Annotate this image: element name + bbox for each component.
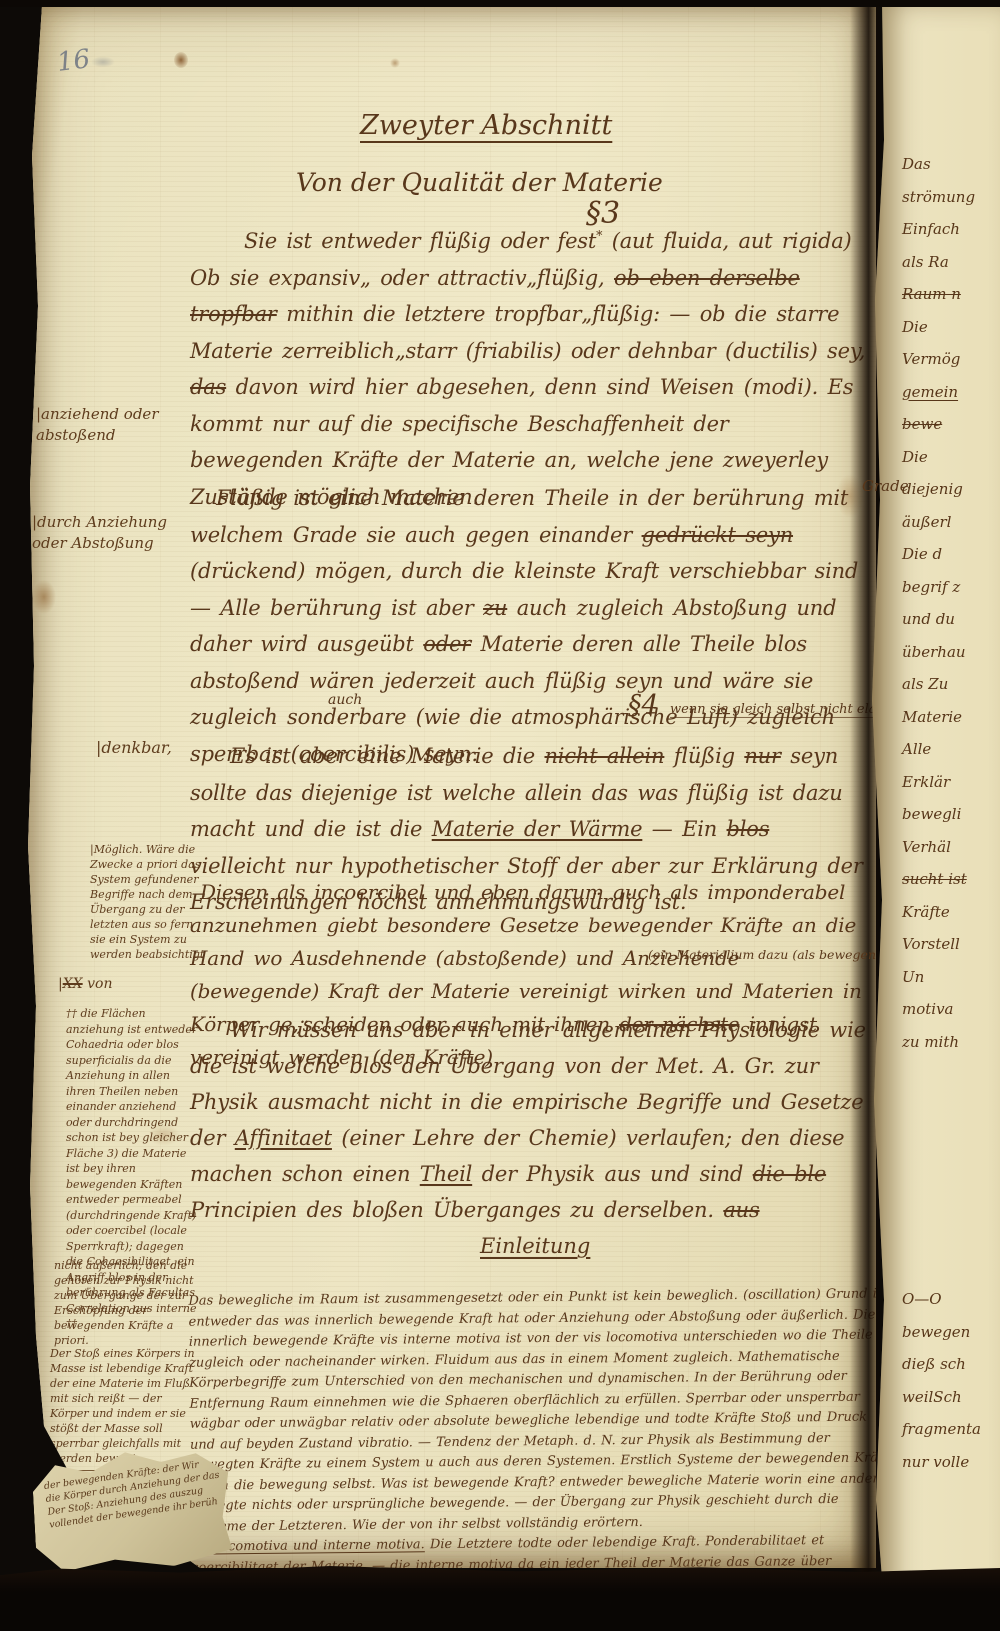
text-segment: Das bewegliche im Raum ist zusammengeset…: [188, 1286, 895, 1534]
line-fragment: diejenig: [902, 473, 975, 506]
line-fragment: und du: [902, 603, 975, 636]
text-segment: flüßig: [664, 744, 744, 768]
line-fragment: nur volle: [902, 1446, 981, 1479]
paragraph-6a: Das bewegliche im Raum ist zusammengeset…: [188, 1284, 897, 1537]
text-segment: die ble: [753, 1162, 826, 1186]
paragraph-5: Wir müssen uns aber in einer allgemeinen…: [190, 1012, 868, 1228]
facing-page-lines: DasströmungEinfachals RaRaum nDieVermögg…: [902, 148, 975, 1058]
line-fragment: als Zu: [902, 668, 975, 701]
line-fragment: Raum n: [902, 278, 975, 311]
line-fragment: Das: [902, 148, 975, 181]
line-fragment: Materie: [902, 701, 975, 734]
line-fragment: strömung: [902, 181, 975, 214]
einleitung-heading: Einleitung: [480, 1234, 590, 1258]
line-fragment: Vermög: [902, 343, 975, 376]
paragraph-mark-4: §4: [628, 690, 659, 721]
text-segment: von: [83, 976, 113, 992]
interlinear-insertion: wenn sie gleich selbst nicht elastische: [670, 702, 874, 718]
margin-note-anziehung: |durch Anziehung oder Abstoßung: [32, 512, 190, 554]
margin-note-aeusserlich: nicht äußerlich; den die gehören zur Phy…: [54, 1258, 196, 1348]
line-fragment: dieß sch: [902, 1348, 981, 1381]
line-fragment: Einfach: [902, 213, 975, 246]
text-segment: blos: [727, 817, 770, 841]
text-segment: Es ist aber eine Materie die: [230, 744, 544, 768]
section-subtitle: Von der Qualität der Materie: [296, 168, 663, 197]
line-fragment: Vorstell: [902, 928, 975, 961]
ink-stain: [174, 52, 188, 68]
text-segment: oder: [423, 632, 471, 656]
text-segment: Sie ist entweder flüßig oder fest: [244, 229, 596, 253]
margin-note-anziehend: |anziehend oder abstoßend: [36, 404, 188, 446]
line-fragment: O—O: [902, 1283, 981, 1316]
facing-page-lines-lower: O—Obewegendieß schweilSchfragmentanur vo…: [902, 1283, 981, 1478]
manuscript-scan: 16 Zweyter Abschnitt Von der Qualität de…: [0, 0, 1000, 1631]
manuscript-page: 16 Zweyter Abschnitt Von der Qualität de…: [28, 6, 876, 1568]
foxing-spot: [390, 58, 400, 68]
paragraph-1: Sie ist entweder flüßig oder fest* (aut …: [190, 218, 868, 515]
text-segment: XX: [63, 976, 83, 992]
folio-number: 16: [55, 44, 92, 78]
line-fragment: fragmenta: [902, 1413, 981, 1446]
text-segment: der Physik aus und sind: [472, 1162, 752, 1186]
text-segment: Theil: [420, 1162, 472, 1186]
line-fragment: begrif z: [902, 571, 975, 604]
text-segment: gedrückt seyn: [642, 523, 793, 547]
torn-corner-fragment: der bewegenden Kräfte: der Wirdie Körper…: [31, 1447, 233, 1573]
section-heading: Zweyter Abschnitt: [360, 110, 612, 141]
line-fragment: Kräfte: [902, 896, 975, 929]
text-segment: nicht allein: [544, 744, 664, 768]
text-segment: Materie der Wärme: [432, 817, 643, 841]
gutter-word-materialium: (ein Materialium dazu (als bewegen: [648, 947, 876, 962]
text-segment: Principien des bloßen Überganges zu ders…: [190, 1198, 723, 1222]
margin-note-denkbar: |denkbar,: [96, 738, 196, 757]
line-fragment: gemein: [902, 376, 975, 409]
margin-note-stoss: Der Stoß eines Körpers in Masse ist lebe…: [50, 1346, 196, 1471]
line-fragment: überhau: [902, 636, 975, 669]
line-fragment: Die d: [902, 538, 975, 571]
line-fragment: bewe: [902, 408, 975, 441]
line-fragment: Erklär: [902, 766, 975, 799]
text-segment: — Ein: [642, 817, 726, 841]
gutter-word-grade: Grade: [862, 477, 909, 495]
line-fragment: bewegen: [902, 1316, 981, 1349]
line-fragment: Alle: [902, 733, 975, 766]
text-segment: zu: [483, 596, 507, 620]
scan-edge-bottom: [0, 1566, 1000, 1631]
facing-page-edge: DasströmungEinfachals RaRaum nDieVermögg…: [872, 0, 1000, 1631]
scan-edge-top: [0, 0, 1000, 7]
line-fragment: Verhäl: [902, 831, 975, 864]
line-fragment: Die: [902, 441, 975, 474]
line-fragment: zu mith: [902, 1026, 975, 1059]
text-segment: das: [190, 375, 226, 399]
text-segment: mithin die letztere tropfbar„flüßig: — o…: [190, 302, 865, 363]
line-fragment: als Ra: [902, 246, 975, 279]
line-fragment: Un: [902, 961, 975, 994]
interlinear-auch: auch: [328, 692, 362, 708]
paragraph-2: Flüßig ist eine Materie deren Theile in …: [190, 480, 868, 772]
text-segment: aus: [723, 1198, 759, 1222]
margin-note-moeglich: |Möglich. Wäre die Zwecke a priori das S…: [90, 842, 208, 962]
line-fragment: motiva: [902, 993, 975, 1026]
line-fragment: weilSch: [902, 1381, 981, 1414]
line-fragment: bewegli: [902, 798, 975, 831]
line-fragment: sucht ist: [902, 863, 975, 896]
line-fragment: äußerl: [902, 506, 975, 539]
text-segment: nur: [744, 744, 781, 768]
margin-note-von: |XX von: [58, 976, 112, 992]
text-segment: Affinitaet: [235, 1126, 332, 1150]
edge-stain: [32, 580, 56, 614]
line-fragment: Die: [902, 311, 975, 344]
